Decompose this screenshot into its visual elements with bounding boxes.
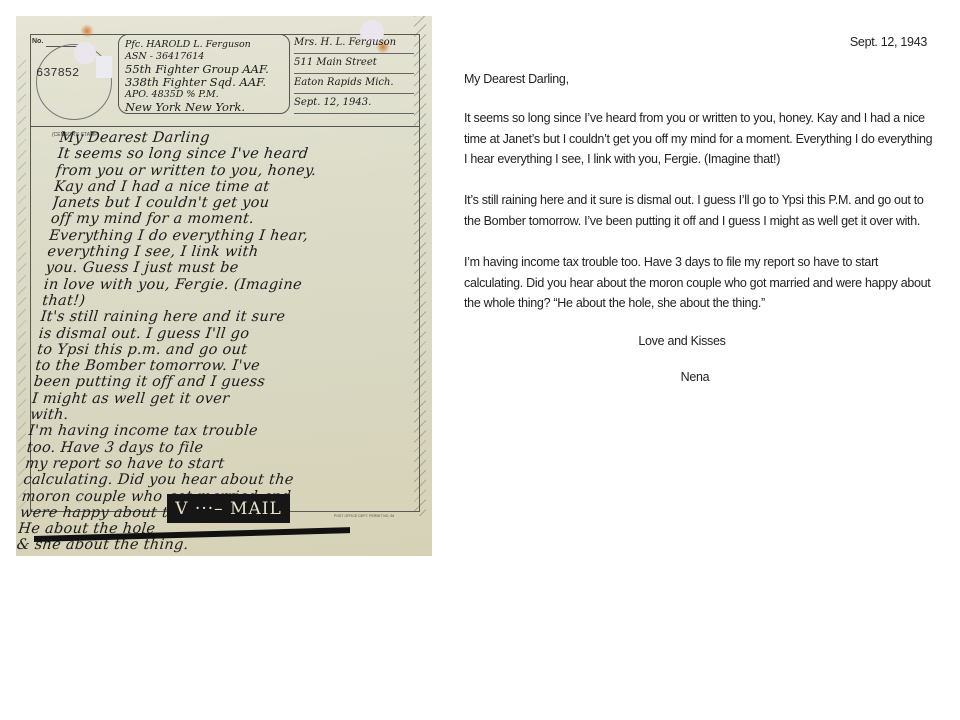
serial-number: 637852 [36,66,79,80]
signature: Nena [464,370,926,384]
hatched-border-left [18,56,26,516]
sender-name: Mrs. H. L. Ferguson [294,34,414,54]
handwritten-line: Everything I do everything I hear, [48,228,428,244]
handwritten-line: off my mind for a moment. [50,211,430,227]
handwritten-line: to Ypsi this p.m. and go out [36,342,416,358]
handwritten-line: I might as well get it over [31,391,411,407]
salutation: My Dearest Darling, [464,72,569,86]
handwritten-line: my report so have to start [24,456,404,472]
handwritten-line: Kay and I had a nice time at [53,179,432,195]
address-line: Pfc. HAROLD L. Ferguson [125,39,283,51]
address-line: New York New York. [125,101,283,114]
recipient-address-box: Pfc. HAROLD L. Ferguson ASN - 36417614 5… [118,34,290,114]
rust-stain [80,24,94,38]
paragraph: It seems so long since I’ve heard from y… [464,108,934,170]
handwritten-line: with. [29,407,409,423]
sender-date: Sept. 12, 1943. [294,94,414,114]
handwritten-line: to the Bomber tomorrow. I've [35,358,415,374]
handwritten-line: been putting it off and I guess [33,374,413,390]
handwritten-line: from you or written to you, honey. [55,163,432,179]
handwritten-line: in love with you, Fergie. (Imagine [43,277,423,293]
address-line: 338th Fighter Sqd. AAF. [125,76,283,89]
post-office-permit-text: POST OFFICE DEPT. PERMIT NO. 84 [334,514,394,518]
handwritten-line: My Dearest Darling [59,130,432,146]
handwritten-letter: My Dearest Darling It seems so long sinc… [16,130,432,554]
paragraph: It’s still raining here and it sure is d… [464,190,934,231]
punch-hole [74,42,96,64]
handwritten-line: calculating. Did you hear about the [23,472,403,488]
handwritten-line: everything I see, I link with [47,244,427,260]
sender-city: Eaton Rapids Mich. [294,74,414,94]
handwritten-line: is dismal out. I guess I'll go [38,326,418,342]
paper-tear [96,56,112,78]
handwritten-line: Janets but I couldn't get you [52,195,432,211]
handwritten-line: I'm having income tax trouble [28,423,408,439]
handwritten-line: you. Guess I just must be [45,260,425,276]
sender-street: 511 Main Street [294,54,414,74]
sender-block: Mrs. H. L. Ferguson 511 Main Street Eato… [294,34,414,114]
header-rule [30,126,420,127]
vmail-letter-scan: No. 637852 (CENSOR'S STAMP) Pfc. HAROLD … [16,16,432,556]
handwritten-line: It's still raining here and it sure [40,309,420,325]
closing: Love and Kisses [464,334,900,348]
handwritten-line: too. Have 3 days to file [26,440,406,456]
vmail-badge: V ···– MAIL [167,494,290,523]
letter-date: Sept. 12, 1943 [850,35,927,49]
handwritten-line: that!) [41,293,421,309]
handwritten-line: It seems so long since I've heard [57,146,432,162]
paragraph: I’m having income tax trouble too. Have … [464,252,934,314]
number-label: No. [32,38,43,45]
